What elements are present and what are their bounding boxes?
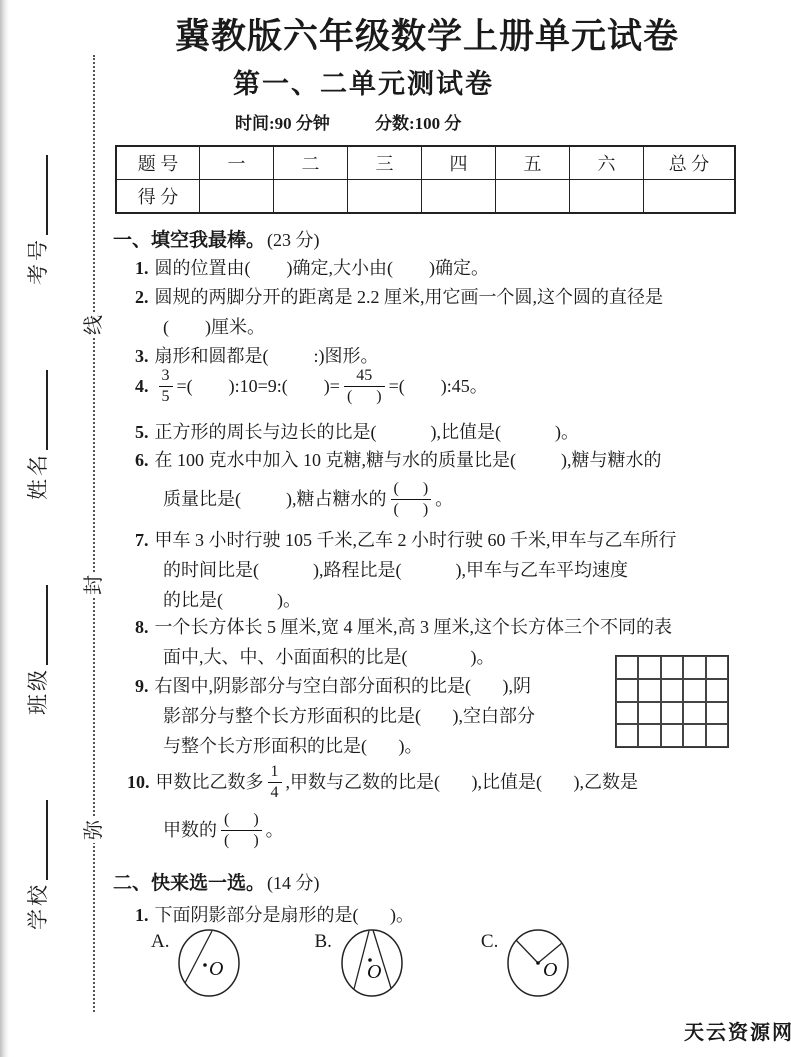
score-table-header-row: 题 号 一 二 三 四 五 六 总 分 <box>116 146 735 180</box>
fraction-blank-blank: ( )( ) <box>391 479 432 518</box>
grid-cell <box>706 656 728 679</box>
score-table-header-cell: 三 <box>348 146 422 180</box>
score-table-header-cell: 五 <box>496 146 570 180</box>
field-name: 姓名 <box>22 370 52 500</box>
page-title: 冀教版六年级数学上册单元试卷 <box>175 16 679 58</box>
grid-cell <box>683 656 705 679</box>
exam-paper-page: 线 封 弥 学校 班级 姓名 考号 冀教版六年级数学上册单元试卷 第一、二单元测… <box>0 0 791 1057</box>
field-school: 学校 <box>22 800 52 930</box>
option-b-figure: O <box>339 926 405 1000</box>
question-10-text3: 甲数的 <box>163 815 217 845</box>
question-7-line1: 甲车 3 小时行驶 105 千米,乙车 2 小时行驶 60 千米,甲车与乙车所行 <box>155 530 677 550</box>
total-score-label: 分数:100 分 <box>375 109 461 134</box>
score-cell <box>496 180 570 214</box>
grid-cell <box>661 724 683 747</box>
center-dot <box>537 961 541 965</box>
question-5-text: 正方形的周长与边长的比是( ),比值是( )。 <box>155 422 579 442</box>
option-a-figure: O <box>176 926 242 1000</box>
question-10-text2: ,甲数与乙数的比是( ),比值是( ),乙数是 <box>286 767 638 797</box>
section1-points: (23 分) <box>267 230 320 250</box>
center-label: O <box>543 959 557 981</box>
score-cell <box>422 180 496 214</box>
question-7-line2: 的时间比是( ),路程比是( ),甲车与乙车平均速度 <box>163 560 628 580</box>
center-label: O <box>209 958 223 980</box>
question-8-number: 8. <box>113 617 155 637</box>
question-2-line2: ( )厘米。 <box>163 317 265 337</box>
watermark: 天云资源网 <box>684 1016 791 1045</box>
grid-cell <box>683 702 705 725</box>
choice-options-row: A. O B. O C. <box>113 926 571 1000</box>
grid-cell <box>706 724 728 747</box>
seal-char-mi: 弥 <box>81 817 107 843</box>
option-a-label: A. <box>151 930 169 954</box>
field-name-blank <box>41 370 48 450</box>
question-2: 2.圆规的两脚分开的距离是 2.2 厘米,用它画一个圆,这个圆的直径是 ( )厘… <box>113 282 758 342</box>
scan-edge <box>0 0 9 1057</box>
question-4: 4. 35 =( ):10=9:( )= 45( ) =( ):45。 <box>113 362 758 410</box>
center-dot <box>204 963 208 967</box>
field-name-label: 姓名 <box>22 452 52 500</box>
question-9-line1: 右图中,阴影部分与空白部分面积的比是( ),阴 <box>155 676 532 696</box>
option-b-label: B. <box>314 930 331 954</box>
grid-cell <box>638 679 660 702</box>
score-table-header-cell: 六 <box>570 146 644 180</box>
center-label: O <box>367 961 381 983</box>
grid-cell <box>683 679 705 702</box>
fraction-3-5: 35 <box>159 366 173 405</box>
question-10-number: 10. <box>113 767 156 797</box>
seal-char-feng: 封 <box>81 572 107 598</box>
question-4-text1: =( ):10=9:( )= <box>177 371 340 401</box>
question-7-number: 7. <box>113 530 155 550</box>
section2-points: (14 分) <box>267 873 320 893</box>
question-1: 1.圆的位置由( )确定,大小由( )确定。 <box>113 253 758 283</box>
score-cell <box>570 180 644 214</box>
grid-cell <box>638 656 660 679</box>
score-cell <box>644 180 736 214</box>
field-exam-number-label: 考号 <box>22 237 52 285</box>
option-c-figure: O <box>505 926 571 1000</box>
score-cell <box>200 180 274 214</box>
grid-cell <box>616 656 638 679</box>
seal-dotted-line <box>93 55 95 1012</box>
question-8-line1: 一个长方体长 5 厘米,宽 4 厘米,高 3 厘米,这个长方体三个不同的表 <box>155 617 673 637</box>
score-table-header-cell: 四 <box>422 146 496 180</box>
question-10-text4: 。 <box>266 815 284 845</box>
time-label: 时间:90 分钟 <box>235 109 330 134</box>
fraction-1-4: 14 <box>268 762 282 801</box>
question-2-number: 2. <box>113 287 155 307</box>
question-1-number: 1. <box>113 258 155 278</box>
grid-cell <box>638 702 660 725</box>
sector-left-radius <box>516 940 538 963</box>
student-fields-line: 学校 班级 姓名 考号 <box>16 150 52 930</box>
seal-char-line: 线 <box>81 312 107 338</box>
grid-cell <box>661 702 683 725</box>
field-class: 班级 <box>22 585 52 715</box>
grid-cell <box>661 679 683 702</box>
question-6: 6.在 100 克水中加入 10 克糖,糖与水的质量比是( ),糖与糖水的 质量… <box>113 445 758 523</box>
field-school-blank <box>41 800 48 880</box>
unit-grid-figure <box>615 655 729 748</box>
option-c: C. O <box>481 926 571 1000</box>
grid-cell <box>661 656 683 679</box>
question-9-line2: 影部分与整个长方形面积的比是( ),空白部分 <box>163 706 535 726</box>
section2-question-1-text: 下面阴影部分是扇形的是( )。 <box>155 905 415 925</box>
score-table-header-cell: 二 <box>274 146 348 180</box>
question-9-number: 9. <box>113 676 155 696</box>
score-row-label: 得 分 <box>116 180 200 214</box>
question-8-line2: 面中,大、中、小面面积的比是( )。 <box>163 647 495 667</box>
question-4-number: 4. <box>113 371 155 401</box>
field-class-blank <box>41 585 48 665</box>
page-subtitle: 第一、二单元测试卷 <box>233 67 494 101</box>
question-6-line1: 在 100 克水中加入 10 克糖,糖与水的质量比是( ),糖与糖水的 <box>155 450 662 470</box>
section1-heading: 一、填空我最棒。(23 分) <box>113 227 320 254</box>
fraction-45-blank: 45( ) <box>344 366 385 405</box>
grid-cell <box>616 679 638 702</box>
field-exam-number-blank <box>41 155 48 235</box>
section2-heading-text: 二、快来选一选。 <box>113 873 265 894</box>
question-5-number: 5. <box>113 422 155 442</box>
grid-cell <box>616 724 638 747</box>
field-exam-number: 考号 <box>22 155 52 285</box>
grid-cell <box>706 679 728 702</box>
score-table: 题 号 一 二 三 四 五 六 总 分 得 分 <box>115 145 736 214</box>
question-7-line3: 的比是( )。 <box>163 590 301 610</box>
score-table-header-cell: 题 号 <box>116 146 200 180</box>
score-table-header-cell: 一 <box>200 146 274 180</box>
question-10-text1: 甲数比乙数多 <box>156 767 264 797</box>
grid-cell <box>616 702 638 725</box>
grid-cell <box>638 724 660 747</box>
question-10: 10. 甲数比乙数多 14 ,甲数与乙数的比是( ),比值是( ),乙数是 甲数… <box>113 758 758 854</box>
question-6-line2b: 。 <box>435 484 453 514</box>
score-cell <box>274 180 348 214</box>
grid-cell <box>683 724 705 747</box>
question-6-line2a: 质量比是( ),糖占糖水的 <box>163 484 387 514</box>
score-table-header-cell: 总 分 <box>644 146 736 180</box>
score-table-score-row: 得 分 <box>116 180 735 214</box>
field-class-label: 班级 <box>22 667 52 715</box>
question-9: 9.右图中,阴影部分与空白部分面积的比是( ),阴 影部分与整个长方形面积的比是… <box>113 671 758 761</box>
section2-question-1-number: 1. <box>113 905 155 925</box>
option-a: A. O <box>151 926 242 1000</box>
question-2-line1: 圆规的两脚分开的距离是 2.2 厘米,用它画一个圆,这个圆的直径是 <box>155 287 664 307</box>
field-school-label: 学校 <box>22 882 52 930</box>
option-c-label: C. <box>481 930 498 954</box>
question-5: 5.正方形的周长与边长的比是( ),比值是( )。 <box>113 417 758 447</box>
option-b: B. O <box>314 926 404 1000</box>
question-1-text: 圆的位置由( )确定,大小由( )确定。 <box>155 258 489 278</box>
question-4-text2: =( ):45。 <box>389 371 488 401</box>
score-cell <box>348 180 422 214</box>
question-7: 7.甲车 3 小时行驶 105 千米,乙车 2 小时行驶 60 千米,甲车与乙车… <box>113 525 758 615</box>
section1-heading-text: 一、填空我最棒。 <box>113 230 265 251</box>
section2-heading: 二、快来选一选。(14 分) <box>113 870 320 897</box>
question-6-number: 6. <box>113 450 155 470</box>
question-9-line3: 与整个长方形面积的比是( )。 <box>163 736 423 756</box>
fraction-blank-blank-2: ( )( ) <box>221 810 262 849</box>
grid-cell <box>706 702 728 725</box>
